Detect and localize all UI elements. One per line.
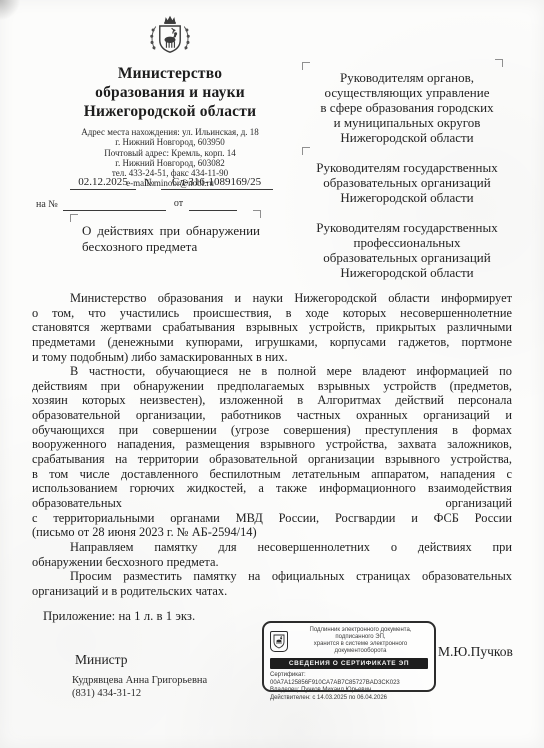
body-line: с территориальными органами МВД России, …	[32, 511, 512, 526]
body-line: вооруженного нападения, размещения взрыв…	[32, 437, 512, 452]
corner-mark	[70, 214, 78, 222]
body-line: становятся жертвами срабатывания взрывны…	[32, 320, 512, 335]
stamp-validity: Действителен: с 14.03.2025 по 06.04.2026	[270, 695, 428, 703]
body-line: использованием горючих жидкостей, а такж…	[32, 481, 512, 496]
scanned-letter-page: Министерство образования и науки Нижегор…	[0, 0, 544, 748]
recipient-block: Руководителям органов, осуществляющих уп…	[302, 70, 512, 145]
body-line: Просим разместить памятку на официальных…	[32, 569, 512, 584]
stamp-deer-emblem-icon	[270, 631, 288, 652]
body-line: Министерство образования и науки Нижегор…	[32, 291, 512, 306]
body-line: о том, что участились происшествия, в хо…	[32, 306, 512, 321]
subject: О действиях при обнаружении бесхозного п…	[82, 223, 260, 254]
reply-date-blank	[189, 199, 237, 211]
stamp-intro-text: Подлинник электронного документа, подпис…	[293, 627, 428, 655]
attachment-note: Приложение: на 1 л. в 1 экз.	[43, 609, 195, 624]
corner-mark	[253, 210, 261, 218]
letterhead: Министерство образования и науки Нижегор…	[36, 14, 304, 189]
ministry-title: Министерство образования и науки Нижегор…	[36, 64, 304, 121]
executor-footer: Кудрявцева Анна Григорьевна (831) 434-31…	[72, 675, 207, 700]
subject-line: бесхозного предмета	[82, 239, 260, 255]
reply-number-blank	[63, 199, 166, 211]
reply-from-label: от	[174, 198, 183, 210]
stamp-certificate-number: Сертификат: 00A7A125856F910CA7AB7C85727B…	[270, 672, 428, 687]
body-line: (письмо от 28 июня 2023 г. № АБ-2594/14)	[32, 525, 512, 540]
body-line: обнаружении бесхозного предмета.	[32, 555, 512, 570]
nizhny-novgorod-coat-of-arms-icon	[143, 14, 197, 62]
corner-mark	[302, 62, 310, 70]
stamp-certificate-header: СВЕДЕНИЯ О СЕРТИФИКАТЕ ЭП	[270, 658, 428, 669]
signer-position: Министр	[75, 652, 127, 668]
body-line: организаций и в родительских чатах.	[32, 584, 512, 599]
letter-date: 02.12.2025	[70, 176, 136, 190]
recipient-block: Руководителям государственных образовате…	[302, 160, 512, 205]
letter-body: Министерство образования и науки Нижегор…	[32, 291, 512, 598]
body-line: В частности, обучающиеся не в полной мер…	[32, 364, 512, 379]
body-line: образовательной организации, работников …	[32, 408, 512, 423]
body-line: хозяин которых неизвестен), изложенной в…	[32, 393, 512, 408]
corner-mark	[495, 59, 503, 67]
body-line: и тому подобным) либо замаскированных в …	[32, 350, 512, 365]
executor-phone: (831) 434-31-12	[72, 688, 207, 701]
body-line: образовательных организаций	[32, 496, 512, 511]
body-line: в том числе доставленного беспилотным ле…	[32, 467, 512, 482]
reply-number-label: на №	[36, 199, 58, 211]
signer-name: М.Ю.Пучков	[438, 644, 513, 660]
subject-line: О действиях при обнаружении	[82, 223, 260, 239]
body-line: срабатывания на территории образовательн…	[32, 452, 512, 467]
recipients: Руководителям органов, осуществляющих уп…	[302, 70, 512, 295]
reference-row: 02.12.2025 № Сл-316-1089169/25	[36, 176, 304, 190]
recipient-block: Руководителям государственных профессион…	[302, 220, 512, 280]
stamp-owner: Владелец: Пучков Михаил Юрьевич	[270, 687, 428, 695]
body-line: Направляем памятку для несовершеннолетни…	[32, 540, 512, 555]
executor-name: Кудрявцева Анна Григорьевна	[72, 675, 207, 688]
e-signature-stamp: Подлинник электронного документа, подпис…	[262, 621, 436, 692]
body-line: обучающихся при совершении (угрозе совер…	[32, 423, 512, 438]
reply-reference-row: на № от	[36, 198, 304, 211]
body-line: предметами (денежными купюрами, игрушкам…	[32, 335, 512, 350]
number-sign: №	[144, 177, 155, 189]
body-line: действиям при обнаружении предполагаемых…	[32, 379, 512, 394]
letter-number: Сл-316-1089169/25	[161, 176, 273, 190]
